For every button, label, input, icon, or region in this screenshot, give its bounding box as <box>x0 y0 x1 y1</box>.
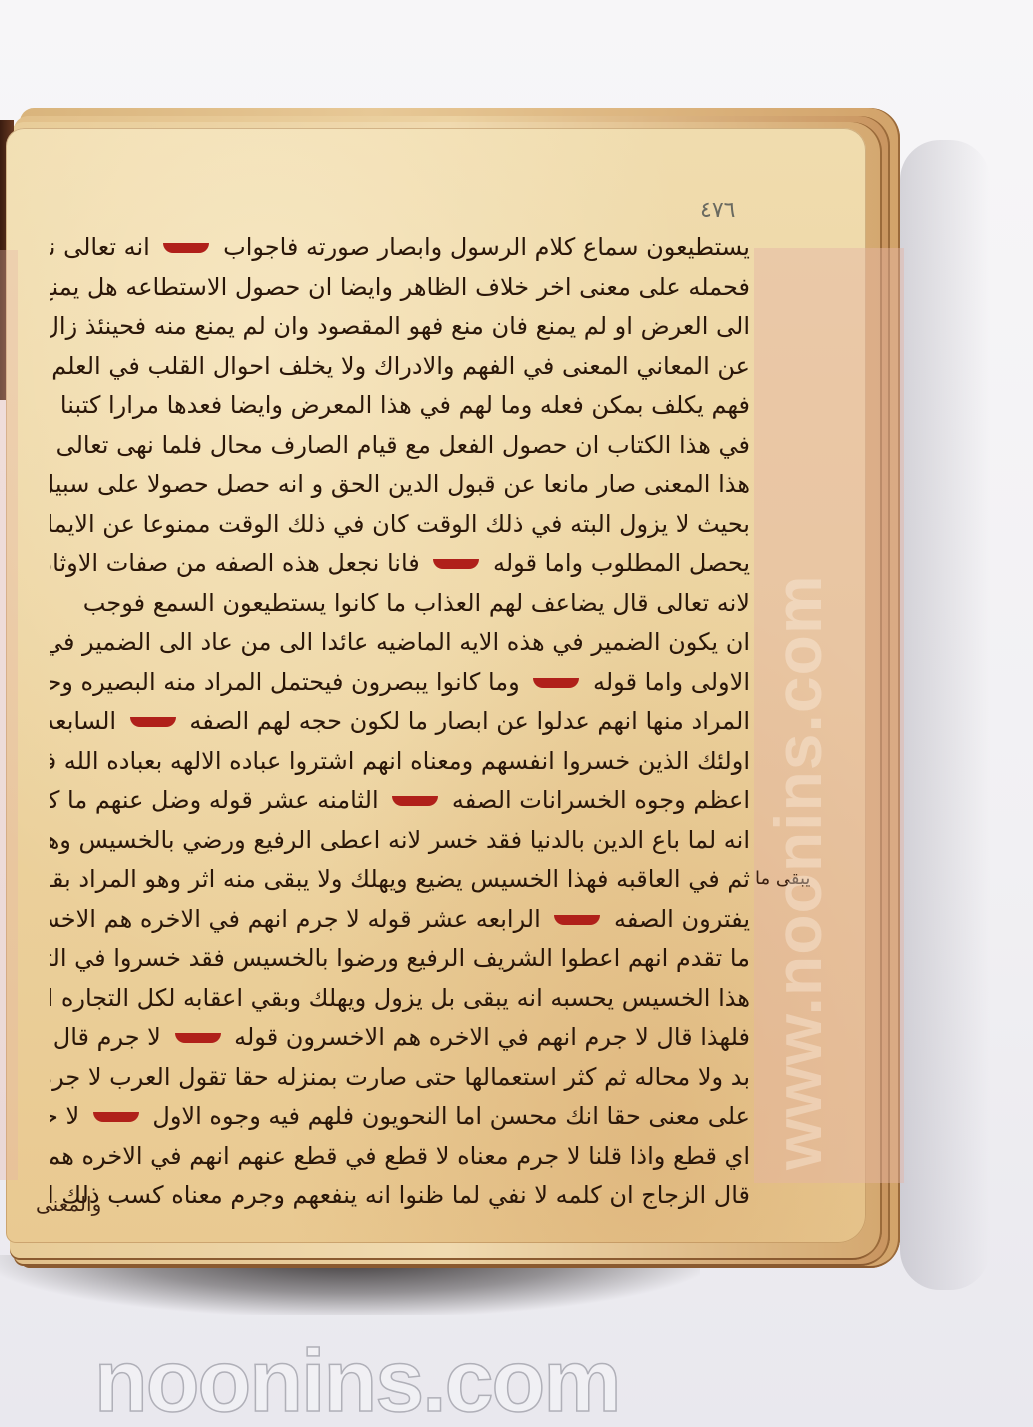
catchword: والمعنى <box>36 1192 101 1216</box>
line-text: يستطيعون سماع كلام الرسول وابصار صورته ف… <box>215 233 750 261</box>
manuscript-line: يستطيعون سماع كلام الرسول وابصار صورته ف… <box>50 228 750 268</box>
manuscript-line: اولئك الذين خسروا انفسهم ومعناه انهم اشت… <box>50 742 750 782</box>
manuscript-line: المراد منها انهم عدلوا عن ابصار ما لكون … <box>50 702 750 742</box>
manuscript-line: بحيث لا يزول البته في ذلك الوقت كان في ذ… <box>50 505 750 545</box>
line-text: فلهذا قال لا جرم انهم في الاخره هم الاخس… <box>227 1023 751 1051</box>
line-text: لا حرف نفي وجرم <box>50 1102 87 1130</box>
line-text: بحيث لا يزول البته في ذلك الوقت كان في ذ… <box>50 510 750 538</box>
line-text: الاولى واما قوله <box>585 668 750 696</box>
line-text: لا جرم قال الفراء انها بمنزله قولنا لا <box>50 1023 169 1051</box>
line-text: اعظم وجوه الخسرانات الصفه <box>444 786 750 814</box>
line-text: ما تقدم انهم اعطوا الشريف الرفيع ورضوا ب… <box>50 944 750 972</box>
line-text: اولئك الذين خسروا انفسهم ومعناه انهم اشت… <box>50 747 750 775</box>
book-shadow-right <box>900 140 990 1290</box>
line-text: فهم يكلف بمكن فعله وما لهم في هذا المعرض… <box>60 391 750 419</box>
line-text: السابعه عشر قوله <box>50 707 124 735</box>
manuscript-line: في هذا الكتاب ان حصول الفعل مع قيام الصا… <box>50 426 750 466</box>
manuscript-text-block: يستطيعون سماع كلام الرسول وابصار صورته ف… <box>50 228 750 1216</box>
line-text: على معنى حقا انك محسن اما النحويون فلهم … <box>145 1102 750 1130</box>
manuscript-line: هذا المعنى صار مانعا عن قبول الدين الحق … <box>50 465 750 505</box>
line-text: يحصل المطلوب واما قوله <box>485 549 750 577</box>
line-text: الثامنه عشر قوله وضل عنهم ما كانوا يفترو… <box>50 786 386 814</box>
manuscript-line: على معنى حقا انك محسن اما النحويون فلهم … <box>50 1097 750 1137</box>
line-text: في هذا الكتاب ان حصول الفعل مع قيام الصا… <box>50 431 750 459</box>
red-rubric-mark <box>392 796 438 806</box>
manuscript-line: فلهذا قال لا جرم انهم في الاخره هم الاخس… <box>50 1018 750 1058</box>
line-text: هذا الخسيس يحسبه انه يبقى بل يزول ويهلك … <box>50 984 750 1012</box>
manuscript-line: الى العرض او لم يمنع فان منع فهو المقصود… <box>50 307 750 347</box>
line-text: لانه تعالى قال يضاعف لهم العذاب ما كانوا… <box>83 589 750 617</box>
watermark-vertical: www.noonins.com <box>760 574 836 1170</box>
manuscript-line: لانه تعالى قال يضاعف لهم العذاب ما كانوا… <box>50 584 750 624</box>
manuscript-line: قال الزجاج ان كلمه لا نفي لما ظنوا انه ي… <box>50 1176 750 1216</box>
watermark-bottom: noonins.com <box>94 1330 620 1427</box>
manuscript-line: ان يكون الضمير في هذه الايه الماضيه عائد… <box>50 623 750 663</box>
manuscript-line: بد ولا محاله ثم كثر استعمالها حتى صارت ب… <box>50 1058 750 1098</box>
manuscript-line: فهم يكلف بمكن فعله وما لهم في هذا المعرض… <box>50 386 750 426</box>
manuscript-line: الاولى واما قوله وما كانوا يبصرون فيحتمل… <box>50 663 750 703</box>
red-rubric-mark <box>175 1033 221 1043</box>
manuscript-line: عن المعاني المعنى في الفهم والادراك ولا … <box>50 347 750 387</box>
line-text: انه لما باع الدين بالدنيا فقد خسر لانه ا… <box>50 826 750 854</box>
line-text: الى العرض او لم يمنع فان منع فهو المقصود… <box>50 312 750 340</box>
line-text: فانا نجعل هذه الصفه من صفات الاوثان وبعي… <box>50 549 427 577</box>
line-text: انه تعالى نفى الاستطاعه <box>50 233 157 261</box>
manuscript-line: يحصل المطلوب واما قوله فانا نجعل هذه الص… <box>50 544 750 584</box>
red-rubric-mark <box>130 717 176 727</box>
manuscript-line: اي قطع واذا قلنا لا جرم معناه لا قطع في … <box>50 1137 750 1177</box>
line-text: يفترون الصفه <box>606 905 750 933</box>
red-rubric-mark <box>433 559 479 569</box>
manuscript-line: اعظم وجوه الخسرانات الصفه الثامنه عشر قو… <box>50 781 750 821</box>
red-rubric-mark <box>93 1112 139 1122</box>
watermark-tint-left <box>0 250 18 1180</box>
line-text: قال الزجاج ان كلمه لا نفي لما ظنوا انه ي… <box>50 1181 750 1209</box>
line-text: فحمله على معنى اخر خلاف الظاهر وايضا ان … <box>50 273 750 301</box>
manuscript-line: يفترون الصفه الرابعه عشر قوله لا جرم انه… <box>50 900 750 940</box>
manuscript-line: فحمله على معنى اخر خلاف الظاهر وايضا ان … <box>50 268 750 308</box>
line-text: المراد منها انهم عدلوا عن ابصار ما لكون … <box>182 707 750 735</box>
line-text: ان يكون الضمير في هذه الايه الماضيه عائد… <box>50 628 750 656</box>
line-text: وما كانوا يبصرون فيحتمل المراد منه البصي… <box>50 668 527 696</box>
line-text: ثم في العاقبه فهذا الخسيس يضيع ويهلك ولا… <box>50 865 750 893</box>
manuscript-line: ثم في العاقبه فهذا الخسيس يضيع ويهلك ولا… <box>50 860 750 900</box>
red-rubric-mark <box>554 915 600 925</box>
line-text: الرابعه عشر قوله لا جرم انهم في الاخره ه… <box>50 905 548 933</box>
folio-number: ٤٧٦ <box>700 198 735 223</box>
red-rubric-mark <box>163 243 209 253</box>
line-text: عن المعاني المعنى في الفهم والادراك ولا … <box>50 352 750 380</box>
manuscript-line: هذا الخسيس يحسبه انه يبقى بل يزول ويهلك … <box>50 979 750 1019</box>
line-text: اي قطع واذا قلنا لا جرم معناه لا قطع في … <box>50 1142 750 1170</box>
line-text: هذا المعنى صار مانعا عن قبول الدين الحق … <box>50 470 750 498</box>
manuscript-line: انه لما باع الدين بالدنيا فقد خسر لانه ا… <box>50 821 750 861</box>
manuscript-line: ما تقدم انهم اعطوا الشريف الرفيع ورضوا ب… <box>50 939 750 979</box>
line-text: بد ولا محاله ثم كثر استعمالها حتى صارت ب… <box>50 1063 750 1091</box>
red-rubric-mark <box>533 678 579 688</box>
